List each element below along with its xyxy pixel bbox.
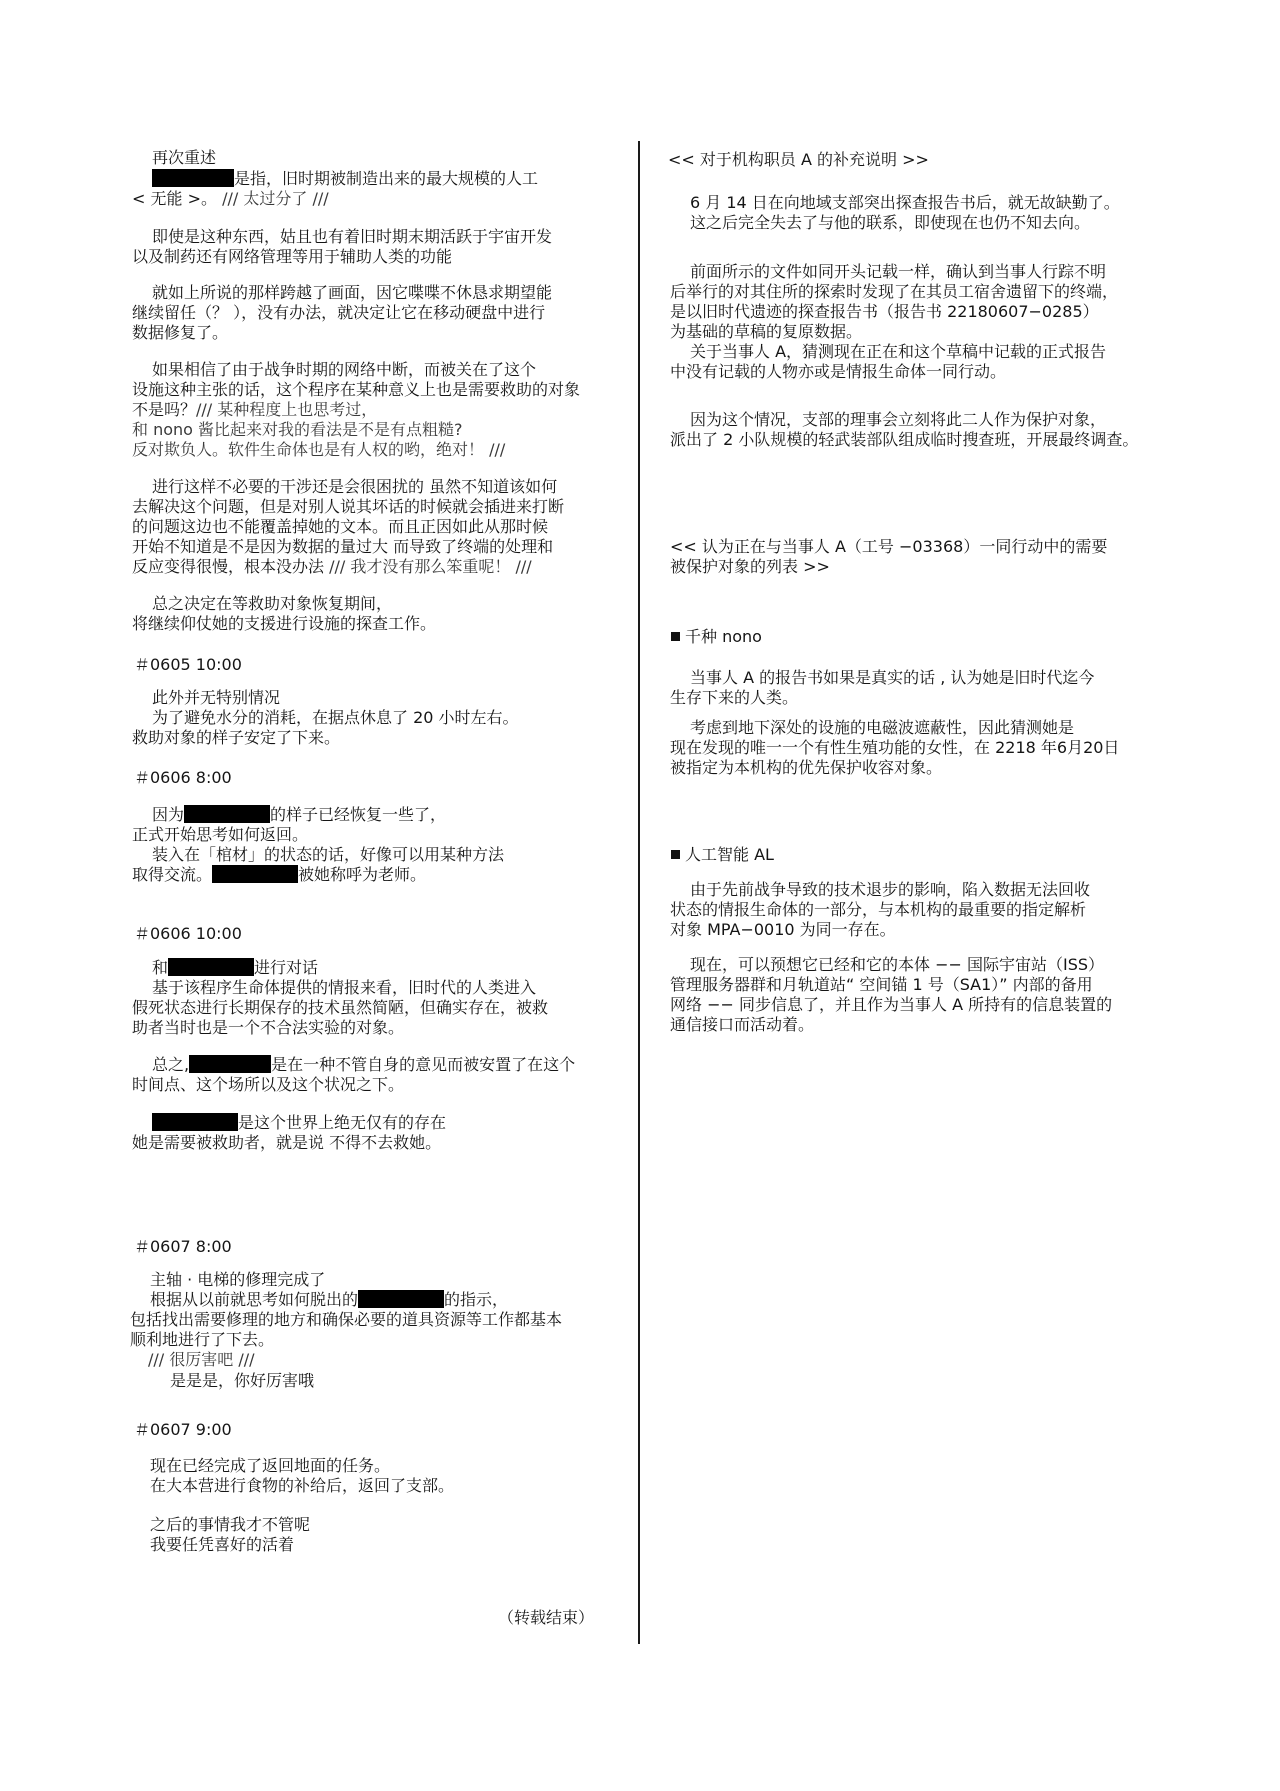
- paragraph-line: 我要任凭喜好的活着: [150, 1535, 294, 1555]
- paragraph-line: 是以旧时代遗迹的探查报告书（报告书 22180607−0285）: [670, 302, 1099, 322]
- paragraph-line: 之后的事情我才不管呢: [150, 1515, 310, 1535]
- square-bullet-icon: [671, 632, 680, 641]
- paragraph-line: 在大本营进行食物的补给后，返回了支部。: [150, 1476, 454, 1496]
- redaction-bar: [212, 865, 298, 883]
- paragraph-line: 前面所示的文件如同开头记载一样，确认到当事人行踪不明: [690, 262, 1106, 282]
- paragraph-line: 现在发现的唯一一个有性生殖功能的女性，在 2218 年6月20日: [670, 738, 1119, 758]
- definition-line-2: < 无能 >。 /// 太过分了 ///: [132, 189, 329, 209]
- paragraph-line: 就如上所说的那样跨越了画面，因它喋喋不休恳求期望能: [152, 283, 552, 303]
- paragraph-line: 进行这样不必要的干涉还是会很困扰的 虽然不知道该如何: [152, 477, 557, 497]
- section-title: << 认为正在与当事人 A（工号 −03368）一同行动中的需要: [670, 537, 1107, 557]
- redaction-bar: [152, 169, 234, 187]
- paragraph-line: 是是是，你好厉害哦: [170, 1371, 314, 1391]
- paragraph-line: 总之,是在一种不管自身的意见而被安置了在这个: [152, 1055, 575, 1075]
- paragraph-line: 考虑到地下深处的设施的电磁波遮蔽性，因此猜测她是: [690, 718, 1074, 738]
- log-entry-header: ＃0607 9:00: [134, 1420, 232, 1440]
- paragraph-line: 不是吗？/// 某种程度上也思考过，: [132, 400, 377, 420]
- square-bullet-icon: [671, 850, 680, 859]
- paragraph-line: 助者当时也是一个不合法实验的对象。: [132, 1018, 404, 1038]
- ai-comment: 反对欺负人。软件生命体也是有人权的哟，绝对！ ///: [132, 440, 505, 460]
- paragraph-line: 被指定为本机构的优先保护收容对象。: [670, 758, 942, 778]
- paragraph-line: 是这个世界上绝无仅有的存在: [152, 1113, 446, 1133]
- paragraph-line: 状态的情报生命体的一部分，与本机构的最重要的指定解析: [670, 900, 1086, 920]
- paragraph-line: 继续留任（？ ），没有办法，就决定让它在移动硬盘中进行: [132, 303, 545, 323]
- redaction-bar: [168, 958, 254, 976]
- list-item-heading: 千种 nono: [671, 627, 762, 647]
- paragraph-line: 她是需要被救助者，就是说 不得不去救她。: [132, 1133, 441, 1153]
- end-note: （转载结束）: [498, 1608, 594, 1628]
- paragraph-line: 装入在「棺材」的状态的话，好像可以用某种方法: [152, 845, 504, 865]
- paragraph-line: 时间点、这个场所以及这个状况之下。: [132, 1075, 404, 1095]
- paragraph-line: 现在已经完成了返回地面的任务。: [150, 1456, 390, 1476]
- paragraph-line: 当事人 A 的报告书如果是真实的话 , 认为她是旧时代迄今: [690, 668, 1094, 688]
- section-title: 被保护对象的列表 >>: [670, 557, 830, 577]
- log-entry-header: ＃0606 10:00: [134, 924, 242, 944]
- redaction-bar: [152, 1113, 238, 1131]
- paragraph-line: 包括找出需要修理的地方和确保必要的道具资源等工作都基本: [130, 1310, 562, 1330]
- paragraph-line: 数据修复了。: [132, 323, 228, 343]
- list-item-heading: 人工智能 AL: [671, 845, 774, 865]
- paragraph-line: 通信接口而活动着。: [670, 1015, 814, 1035]
- column-divider: [638, 141, 640, 1644]
- paragraph-line: 的问题这边也不能覆盖掉她的文本。而且正因如此从那时候: [132, 517, 548, 537]
- paragraph-line: 此外并无特别情况: [152, 688, 280, 708]
- paragraph-line: 因为的样子已经恢复一些了，: [152, 805, 446, 825]
- paragraph-line: 网络 −− 同步信息了，并且作为当事人 A 所持有的信息装置的: [670, 995, 1112, 1015]
- paragraph-line: 去解决这个问题，但是对别人说其坏话的时候就会插进来打断: [132, 497, 564, 517]
- paragraph-line: 为了避免水分的消耗，在据点休息了 20 小时左右。: [152, 708, 519, 728]
- paragraph-line: 基于该程序生命体提供的情报来看，旧时代的人类进入: [152, 978, 536, 998]
- paragraph-line: 因为这个情况，支部的理事会立刻将此二人作为保护对象，: [690, 410, 1106, 430]
- paragraph-line: 顺利地进行了下去。: [130, 1330, 274, 1350]
- paragraph-line: 取得交流。被她称呼为老师。: [132, 865, 426, 885]
- paragraph-line: 派出了 2 小队规模的轻武装部队组成临时搜查班，开展最终调查。: [670, 430, 1138, 450]
- paragraph-line: 对象 MPA−0010 为同一存在。: [670, 920, 896, 940]
- paragraph-line: 根据从以前就思考如何脱出的的指示，: [150, 1290, 508, 1310]
- paragraph-line: 关于当事人 A，猜测现在正在和这个草稿中记载的正式报告: [690, 342, 1106, 362]
- paragraph-line: 将继续仰仗她的支援进行设施的探查工作。: [132, 614, 436, 634]
- paragraph-line: 为基础的草稿的复原数据。: [670, 322, 862, 342]
- redaction-bar: [184, 805, 270, 823]
- ai-comment: /// 太过分了 ///: [222, 189, 329, 208]
- paragraph-line: 以及制药还有网络管理等用于辅助人类的功能: [132, 247, 452, 267]
- section-title: << 对于机构职员 A 的补充说明 >>: [668, 150, 929, 170]
- paragraph-line: 现在，可以预想它已经和它的本体 −− 国际宇宙站（ISS）: [690, 955, 1104, 975]
- paragraph-line: 和进行对话: [152, 958, 318, 978]
- paragraph-line: 正式开始思考如何返回。: [132, 825, 308, 845]
- paragraph-line: 反应变得很慢，根本没办法 /// 我才没有那么笨重呢！ ///: [132, 557, 532, 577]
- paragraph-line: 如果相信了由于战争时期的网络中断，而被关在了这个: [152, 360, 536, 380]
- redaction-bar: [358, 1290, 444, 1308]
- log-entry-header: ＃0605 10:00: [134, 655, 242, 675]
- paragraph-line: 生存下来的人类。: [670, 688, 798, 708]
- paragraph-line: 6 月 14 日在向地域支部突出探查报告书后，就无故缺勤了。: [690, 193, 1120, 213]
- ai-comment: 和 nono 酱比起来对我的看法是不是有点粗糙?: [132, 420, 463, 440]
- paragraph-line: 开始不知道是不是因为数据的量过大 而导致了终端的处理和: [132, 537, 553, 557]
- ai-comment: /// 我才没有那么笨重呢！ ///: [329, 557, 532, 576]
- paragraph-line: 主轴 · 电梯的修理完成了: [150, 1270, 325, 1290]
- paragraph-line: 中没有记载的人物亦或是情报生命体一同行动。: [670, 362, 1006, 382]
- ai-comment: /// 某种程度上也思考过，: [196, 400, 377, 419]
- paragraph-line: 后举行的对其住所的探索时发现了在其员工宿舍遗留下的终端，: [670, 282, 1118, 302]
- restate-heading: 再次重述: [152, 148, 216, 168]
- redaction-bar: [189, 1055, 271, 1073]
- paragraph-line: 由于先前战争导致的技术退步的影响，陷入数据无法回收: [690, 880, 1090, 900]
- paragraph-line: 管理服务器群和月轨道站“ 空间锚 1 号（SA1）” 内部的备用: [670, 975, 1093, 995]
- paragraph-line: 设施这种主张的话，这个程序在某种意义上也是需要救助的对象: [132, 380, 580, 400]
- definition-line: 是指，旧时期被制造出来的最大规模的人工: [152, 169, 538, 189]
- paragraph-line: 假死状态进行长期保存的技术虽然简陋，但确实存在，被救: [132, 998, 548, 1018]
- ai-comment: /// 很厉害吧 ///: [148, 1350, 255, 1370]
- paragraph-line: 总之决定在等救助对象恢复期间，: [152, 594, 392, 614]
- paragraph-line: 救助对象的样子安定了下来。: [132, 728, 340, 748]
- log-entry-header: ＃0606 8:00: [134, 768, 232, 788]
- paragraph-line: 这之后完全失去了与他的联系，即使现在也仍不知去向。: [690, 213, 1090, 233]
- log-entry-header: ＃0607 8:00: [134, 1237, 232, 1257]
- paragraph-line: 即使是这种东西，姑且也有着旧时期末期活跃于宇宙开发: [152, 227, 552, 247]
